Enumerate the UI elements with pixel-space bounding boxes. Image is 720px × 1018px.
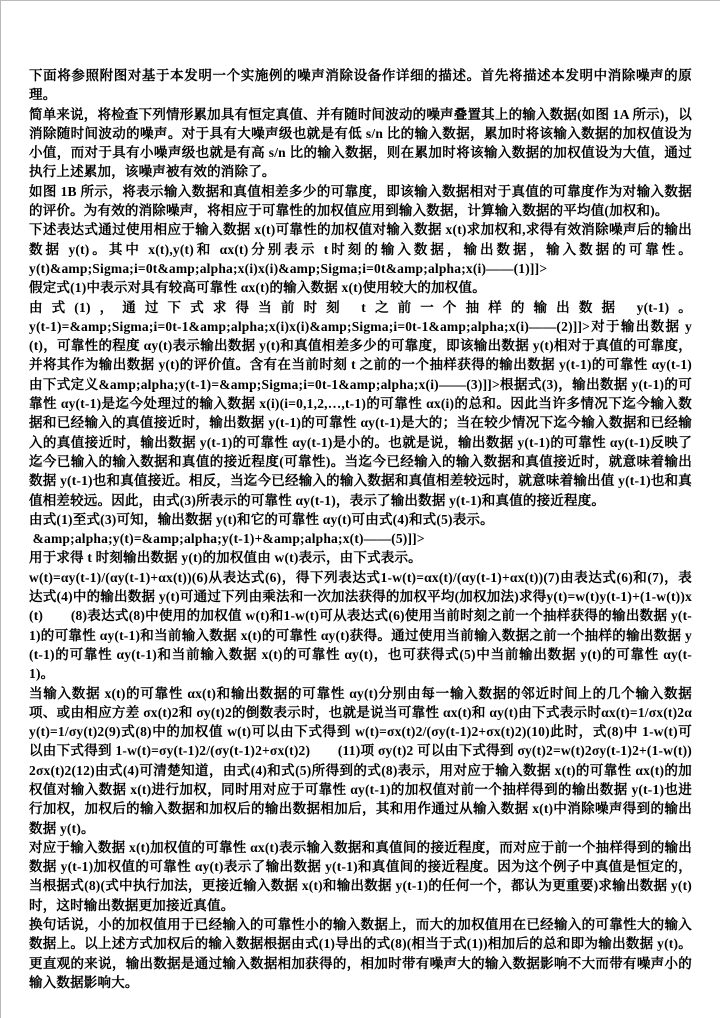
paragraph: y(t)&amp;Sigma;i=0t&amp;alpha;x(i)x(i)&a… — [29, 259, 692, 278]
paragraph: 下述表达式通过使用相应于输入数据 x(t)可靠性的加权值对输入数据 x(t)求加… — [29, 220, 692, 259]
paragraph: 假定式(1)中表示对具有较高可靠性 αx(t)的输入数据 x(t)使用较大的加权… — [29, 278, 692, 297]
paragraph: 由式(1)至式(3)可知，输出数据 y(t)和它的可靠性 αy(t)可由式(4)… — [29, 510, 692, 529]
paragraph: 由式(1)，通过下式求得当前时刻 t之前一个抽样的输出数据 y(t-1)。 — [29, 298, 692, 317]
document-body: 下面将参照附图对基于本发明一个实施例的噪声消除设备作详细的描述。首先将描述本发明… — [29, 66, 692, 992]
paragraph: 简单来说，将检查下列情形累加具有恒定真值、并有随时间波动的噪声叠置其上的输入数据… — [29, 105, 692, 182]
paragraph: 下面将参照附图对基于本发明一个实施例的噪声消除设备作详细的描述。首先将描述本发明… — [29, 66, 692, 105]
paragraph: 如图 1B 所示，将表示输入数据和真值相差多少的可靠度，即该输入数据相对于真值的… — [29, 182, 692, 221]
paragraph: 换句话说，小的加权值用于已经输入的可靠性小的输入数据上，而大的加权值用在已经输入… — [29, 915, 692, 992]
paragraph: w(t)=αy(t-1)/(αy(t-1)+αx(t))(6)从表达式(6)，得… — [29, 568, 692, 684]
paragraph: &amp;alpha;y(t)=&amp;alpha;y(t-1)+&amp;a… — [29, 529, 692, 548]
document-page: 下面将参照附图对基于本发明一个实施例的噪声消除设备作详细的描述。首先将描述本发明… — [0, 0, 720, 1018]
paragraph: 当输入数据 x(t)的可靠性 αx(t)和输出数据的可靠性 αy(t)分别由每一… — [29, 684, 692, 838]
paragraph: y(t-1)=&amp;Sigma;i=0t-1&amp;alpha;x(i)x… — [29, 317, 692, 510]
paragraph: 用于求得 t 时刻输出数据 y(t)的加权值由 w(t)表示，由下式表示。 — [29, 548, 692, 567]
paragraph: 对应于输入数据 x(t)加权值的可靠性 αx(t)表示输入数据和真值间的接近程度… — [29, 838, 692, 915]
